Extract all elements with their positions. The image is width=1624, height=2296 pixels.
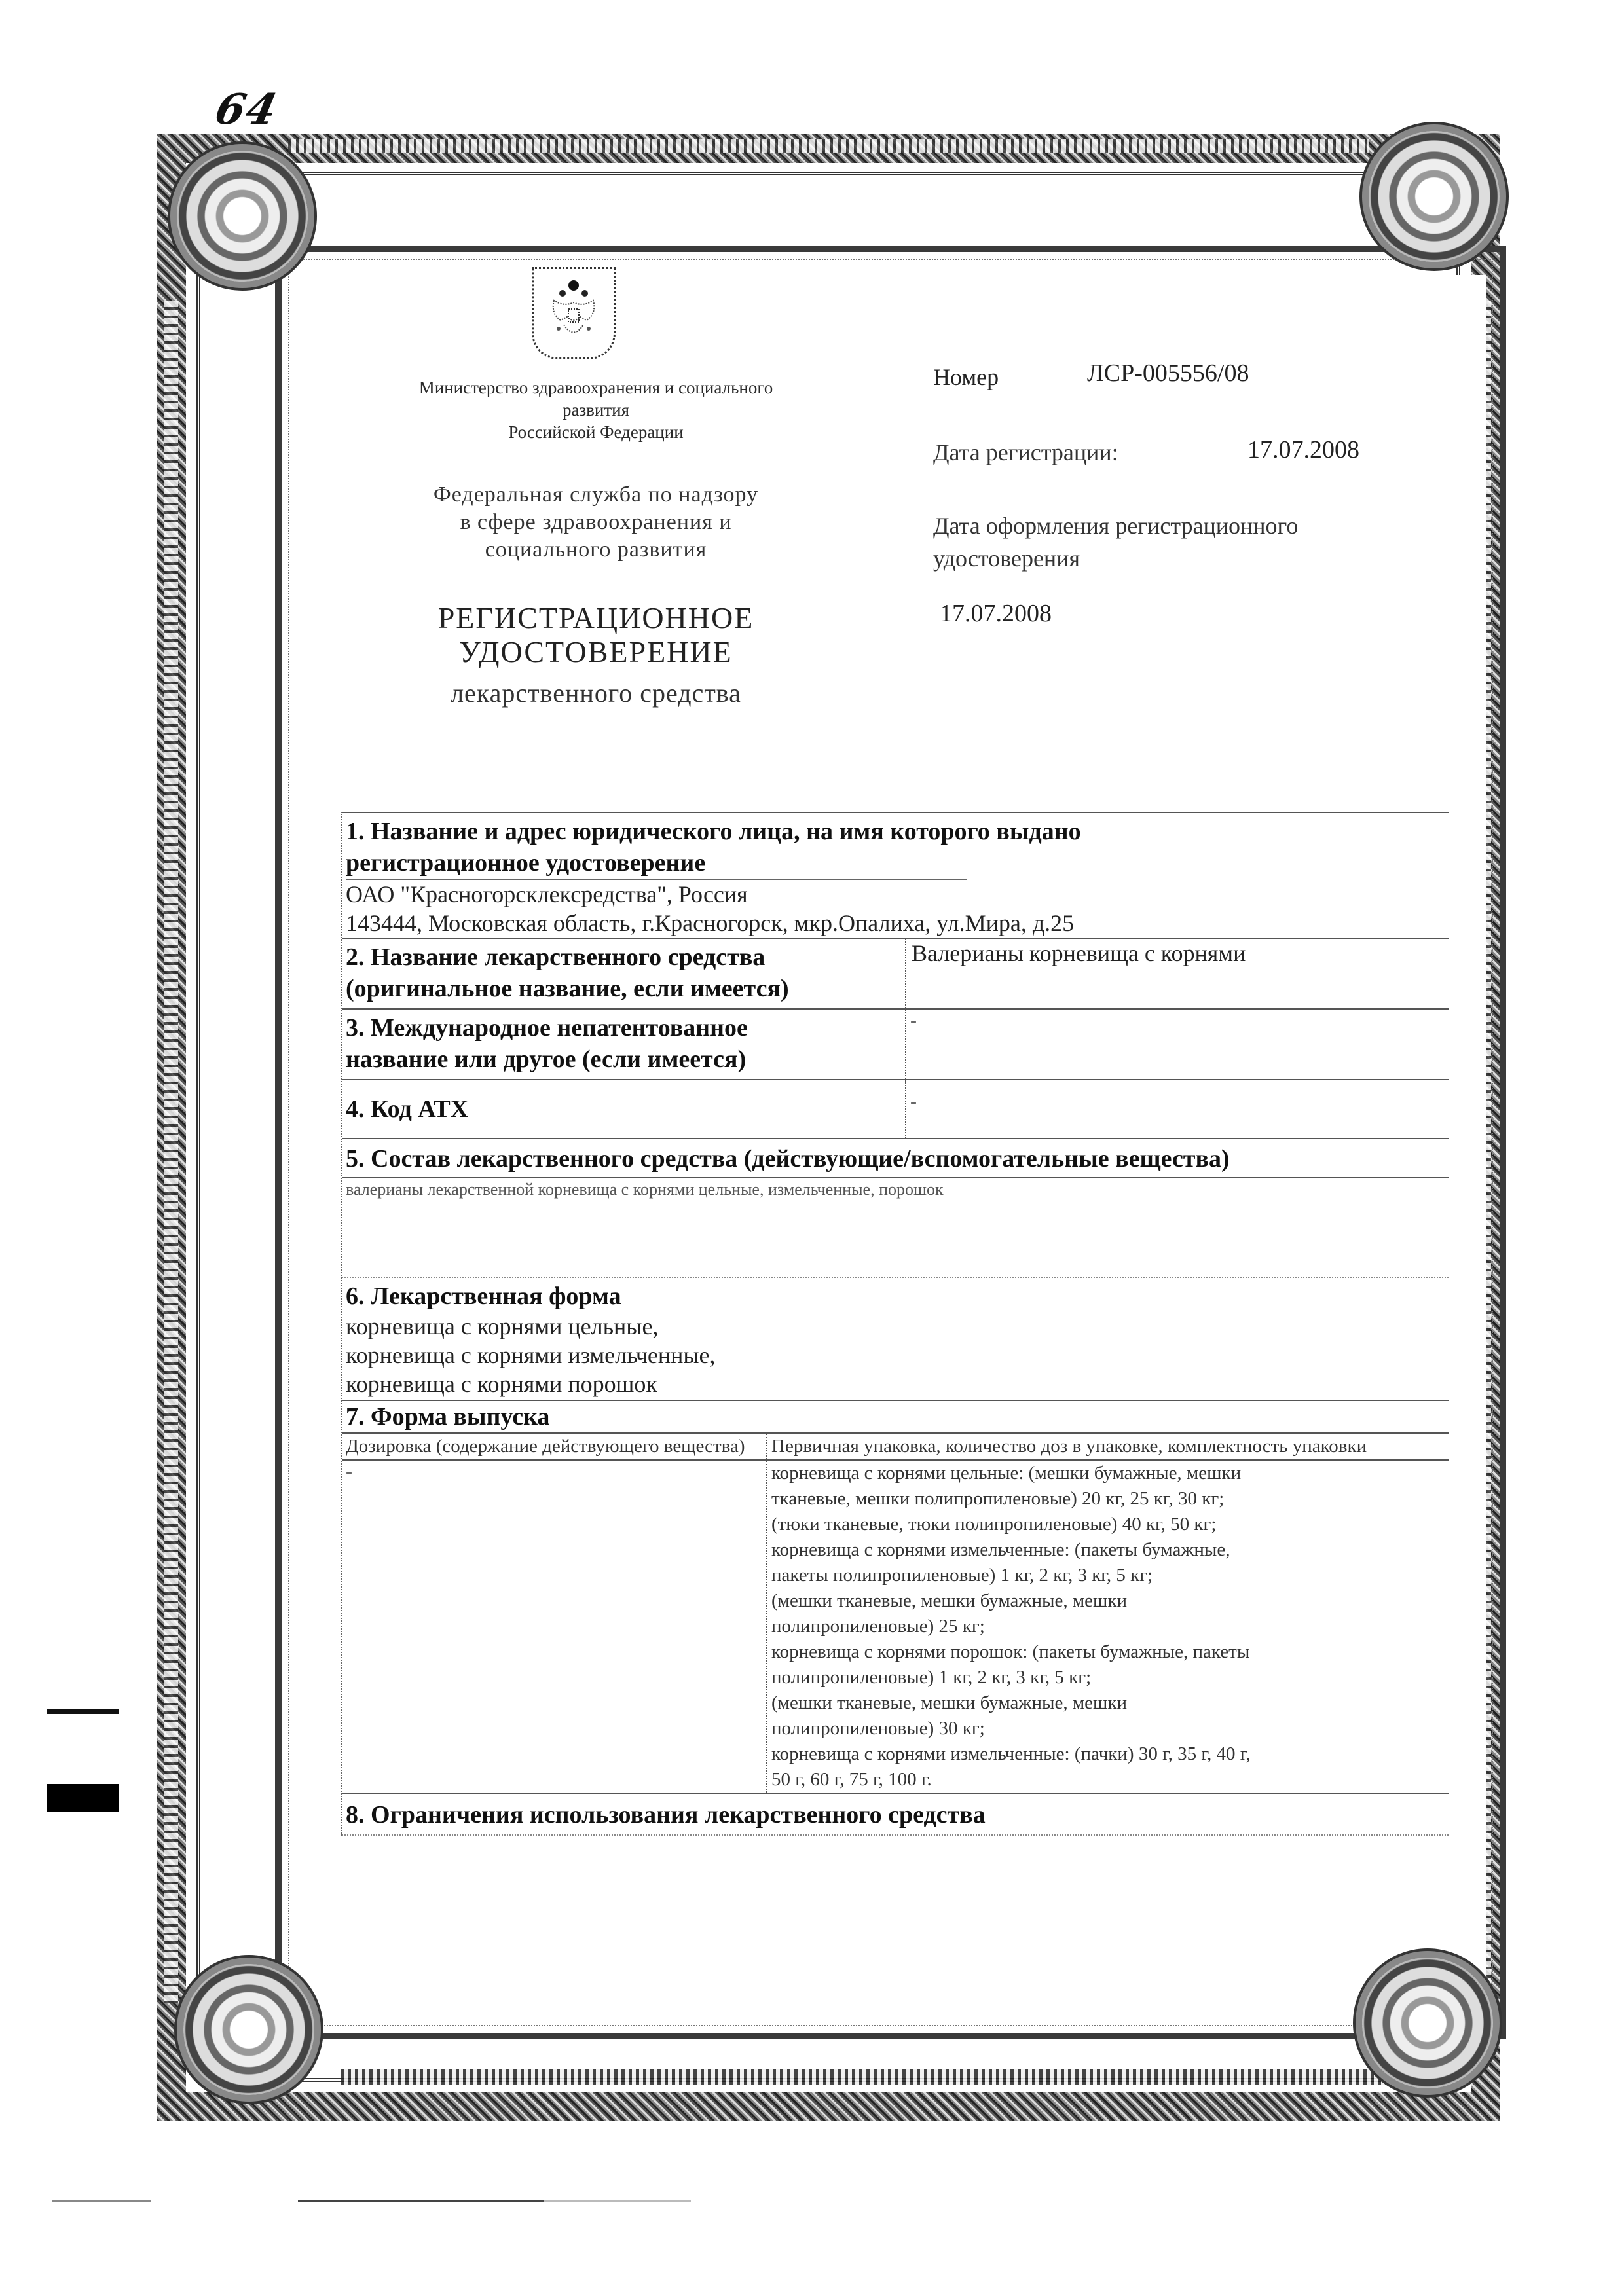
section-4-title: 4. Код АТХ <box>346 1093 905 1125</box>
frame-fringe-bottom <box>341 2069 1454 2085</box>
service-name: Федеральная служба по надзору в сфере зд… <box>301 481 891 564</box>
section-7-packaging-header: Первичная упаковка, количество доз в упа… <box>767 1434 1449 1459</box>
section-1-title-line-1: 1. Название и адрес юридического лица, н… <box>346 816 1449 847</box>
packaging-line: полипропиленовые) 30 кг; <box>771 1716 1449 1741</box>
corner-rosette-top-right <box>1369 131 1500 262</box>
section-5-header: 5. Состав лекарственного средства (дейст… <box>342 1139 1449 1178</box>
certificate-title: РЕГИСТРАЦИОННОЕ УДОСТОВЕРЕНИЕ <box>301 601 891 669</box>
section-4: 4. Код АТХ - <box>342 1080 1449 1139</box>
packaging-line: корневища с корнями измельченные: (пачки… <box>771 1741 1449 1767</box>
corner-rosette-bottom-left <box>183 1964 314 2095</box>
section-6-form-1: корневища с корнями цельные, <box>346 1312 1449 1341</box>
certificate-title-line-2: УДОСТОВЕРЕНИЕ <box>301 635 891 669</box>
service-line-3: социального развития <box>301 536 891 564</box>
section-2-title-line-2: (оригинальное название, если имеется) <box>346 973 905 1004</box>
section-7-body: - корневища с корнями цельные: (мешки бу… <box>342 1461 1449 1794</box>
section-1-title-line-2: регистрационное удостоверение <box>346 847 967 880</box>
ministry-name: Министерство здравоохранения и социально… <box>301 376 891 443</box>
packaging-line: (мешки тканевые, мешки бумажные, мешки <box>771 1690 1449 1716</box>
frame-fringe-left <box>164 301 178 2003</box>
double-headed-eagle-icon <box>544 278 603 350</box>
section-1: 1. Название и адрес юридического лица, н… <box>342 812 1449 939</box>
corner-rosette-top-left <box>177 151 308 282</box>
registration-date-label: Дата регистрации: <box>933 439 1118 466</box>
scan-bottom-line <box>52 2200 1035 2202</box>
section-7-packaging-list: корневища с корнями цельные: (мешки бума… <box>767 1461 1449 1793</box>
issue-date-value: 17.07.2008 <box>940 599 1052 628</box>
packaging-line: (тюки тканевые, тюки полипропиленовые) 4… <box>771 1512 1449 1537</box>
russian-coat-of-arms-icon <box>532 267 616 359</box>
section-7-title: 7. Форма выпуска <box>346 1401 1449 1432</box>
section-5-body: валерианы лекарственной корневища с корн… <box>342 1178 1449 1278</box>
section-3: 3. Международное непатентованное названи… <box>342 1010 1449 1080</box>
section-5-value: валерианы лекарственной корневища с корн… <box>346 1178 1449 1201</box>
section-8: 8. Ограничения использования лекарственн… <box>342 1794 1449 1836</box>
registration-date-value: 17.07.2008 <box>1247 435 1359 464</box>
scan-margin-mark <box>47 1709 119 1714</box>
section-5-title: 5. Состав лекарственного средства (дейст… <box>346 1143 1449 1175</box>
section-3-title-line-1: 3. Международное непатентованное <box>346 1012 905 1044</box>
packaging-line: полипропиленовые) 1 кг, 2 кг, 3 кг, 5 кг… <box>771 1665 1449 1690</box>
service-line-1: Федеральная служба по надзору <box>301 481 891 509</box>
section-1-address: 143444, Московская область, г.Красногорс… <box>346 909 1449 938</box>
section-4-value: - <box>906 1080 1449 1138</box>
frame-fringe-top <box>288 139 1369 153</box>
service-line-2: в сфере здравоохранения и <box>301 509 891 536</box>
section-7-column-headers: Дозировка (содержание действующего вещес… <box>342 1434 1449 1461</box>
certificate-title-line-1: РЕГИСТРАЦИОННОЕ <box>301 601 891 635</box>
registration-number-label: Номер <box>933 363 999 391</box>
issue-date-label: Дата оформления регистрационного удостов… <box>933 509 1431 575</box>
certificate-subtitle: лекарственного средства <box>301 678 891 708</box>
handwritten-page-number: 64 <box>211 85 282 134</box>
packaging-line: пакеты полипропиленовые) 1 кг, 2 кг, 3 к… <box>771 1563 1449 1588</box>
section-6-form-3: корневища с корнями порошок <box>346 1370 1449 1398</box>
packaging-line: корневища с корнями измельченные: (пакет… <box>771 1537 1449 1563</box>
packaging-line: (мешки тканевые, мешки бумажные, мешки <box>771 1588 1449 1614</box>
section-6: 6. Лекарственная форма корневища с корня… <box>342 1278 1449 1401</box>
packaging-line: тканевые, мешки полипропиленовые) 20 кг,… <box>771 1486 1449 1512</box>
certificate-table: 1. Название и адрес юридического лица, н… <box>341 812 1449 1836</box>
corner-rosette-bottom-right <box>1362 1958 1493 2088</box>
packaging-line: корневища с корнями порошок: (пакеты бум… <box>771 1639 1449 1665</box>
section-2: 2. Название лекарственного средства (ори… <box>342 939 1449 1010</box>
section-7-dosage-header: Дозировка (содержание действующего вещес… <box>342 1434 767 1459</box>
scan-margin-mark <box>47 1784 119 1812</box>
section-1-company: ОАО "Красногорсклексредства", Россия <box>346 880 1449 909</box>
section-6-title: 6. Лекарственная форма <box>346 1281 1449 1312</box>
section-6-form-2: корневища с корнями измельченные, <box>346 1341 1449 1370</box>
section-7-header: 7. Форма выпуска <box>342 1401 1449 1434</box>
ministry-line-1: Министерство здравоохранения и социально… <box>301 376 891 399</box>
packaging-line: полипропиленовые) 25 кг; <box>771 1614 1449 1639</box>
packaging-line: корневища с корнями цельные: (мешки бума… <box>771 1461 1449 1486</box>
section-3-value: - <box>906 1010 1449 1079</box>
packaging-line: 50 г, 60 г, 75 г, 100 г. <box>771 1767 1449 1793</box>
ministry-line-2: развития <box>301 399 891 421</box>
section-3-title-line-2: название или другое (если имеется) <box>346 1044 905 1075</box>
registration-number-value: ЛСР-005556/08 <box>1087 359 1249 388</box>
ministry-line-3: Российской Федерации <box>301 421 891 443</box>
section-7-dosage-value: - <box>342 1461 767 1793</box>
section-2-title-line-1: 2. Название лекарственного средства <box>346 941 905 973</box>
section-8-title: 8. Ограничения использования лекарственн… <box>346 1799 1449 1831</box>
section-2-value: Валерианы корневища с корнями <box>906 939 1449 1008</box>
